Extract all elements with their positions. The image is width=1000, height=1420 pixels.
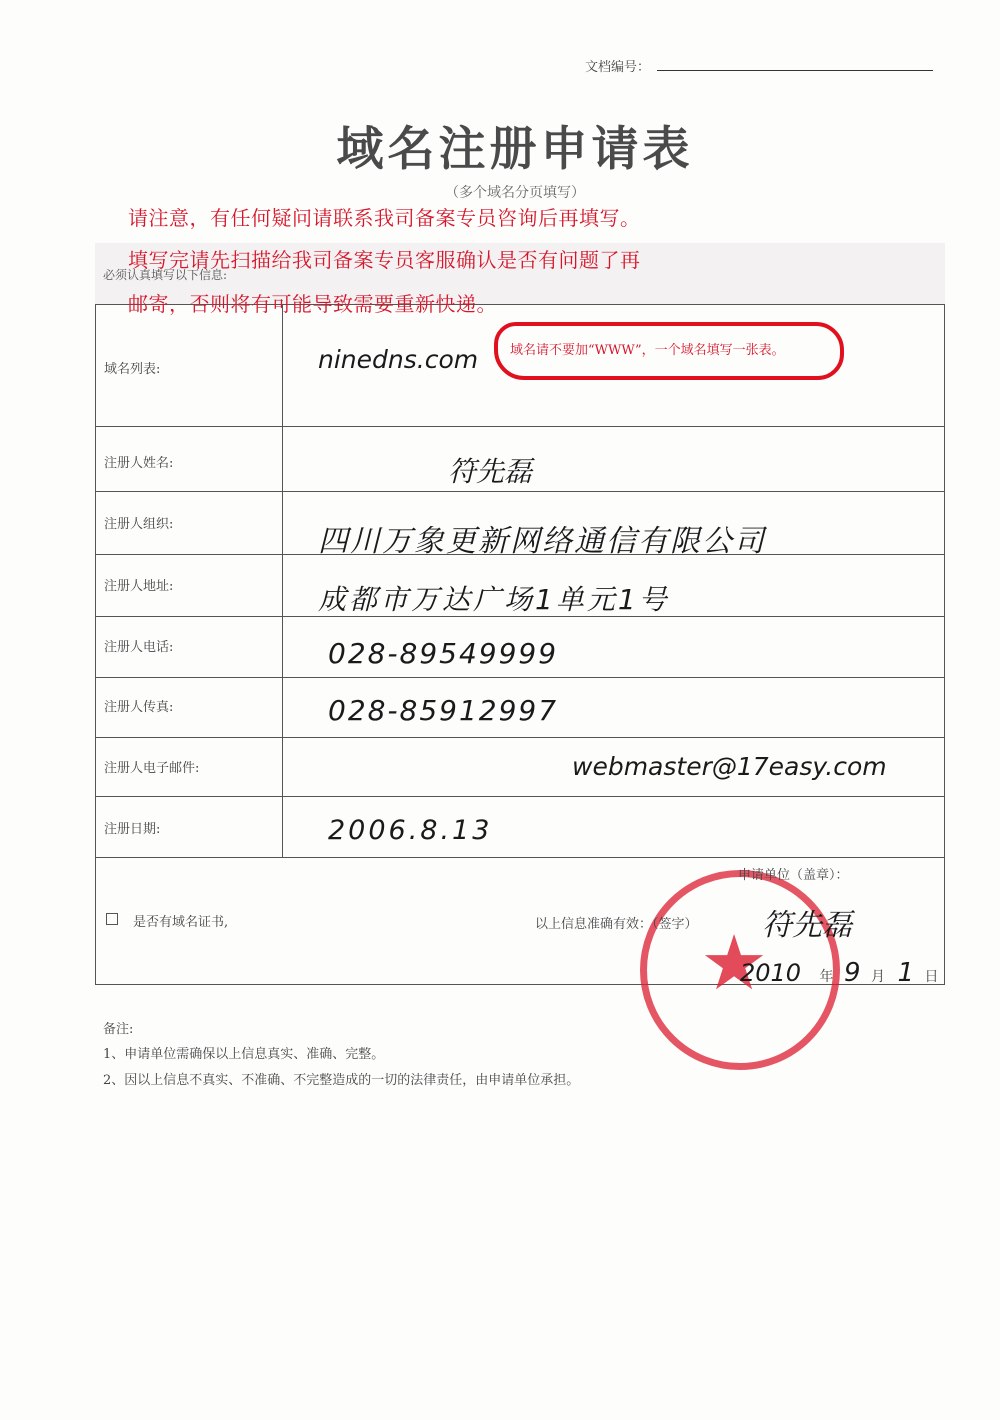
- value-domain-list[interactable]: ninedns.com: [318, 345, 478, 374]
- label-registrant-phone: 注册人电话:: [104, 636, 173, 655]
- note-item: 1、申请单位需确保以上信息真实、准确、完整。: [103, 1043, 384, 1062]
- stamp-label: 申请单位（盖章）：: [738, 864, 849, 883]
- label-registrant-address: 注册人地址:: [104, 575, 173, 594]
- day-unit: 日: [924, 969, 938, 985]
- certificate-checkbox[interactable]: [106, 913, 118, 925]
- value-registrant-name[interactable]: 符先磊: [448, 450, 532, 490]
- label-registrant-org: 注册人组织:: [104, 513, 173, 532]
- value-registrant-fax[interactable]: 028-85912997: [328, 694, 558, 727]
- page-subtitle: （多个域名分页填写）: [0, 182, 1000, 202]
- red-notice-line-3: 邮寄，否则将有可能导致需要重新快递。: [128, 288, 497, 317]
- signature-label: 以上信息准确有效：（签字）: [535, 913, 698, 932]
- signature[interactable]: 符先磊: [762, 900, 852, 944]
- value-registrant-org[interactable]: 四川万象更新网络通信有限公司: [318, 516, 766, 560]
- certificate-checkbox-label: 是否有域名证书,: [133, 911, 228, 930]
- sign-day[interactable]: 1: [897, 958, 914, 988]
- label-registrant-name: 注册人姓名:: [104, 452, 173, 471]
- doc-number-field[interactable]: [657, 70, 933, 71]
- sign-month[interactable]: 9: [844, 958, 861, 988]
- label-registration-date: 注册日期:: [104, 818, 160, 837]
- label-registrant-fax: 注册人传真:: [104, 696, 173, 715]
- annotation-bubble-text: 域名请不要加“WWW”，一个域名填写一张表。: [510, 339, 785, 358]
- value-registrant-phone[interactable]: 028-89549999: [328, 637, 558, 670]
- red-notice-line-1: 请注意，有任何疑问请联系我司备案专员咨询后再填写。: [128, 202, 641, 231]
- value-registrant-address[interactable]: 成都市万达广场1单元1号: [318, 578, 670, 618]
- sign-date: 2010 年 9 月 1 日: [740, 958, 938, 988]
- note-item: 2、因以上信息不真实、不准确、不完整造成的一切的法律责任，由申请单位承担。: [103, 1069, 579, 1088]
- red-notice-line-2: 填写完请先扫描给我司备案专员客服确认是否有问题了再: [128, 244, 641, 273]
- table-row: [95, 797, 945, 858]
- notes-title: 备注:: [103, 1018, 133, 1037]
- doc-number-label: 文档编号：: [585, 56, 650, 75]
- sign-year[interactable]: 2010: [740, 959, 801, 987]
- column-divider: [282, 305, 283, 858]
- year-unit: 年: [820, 969, 834, 985]
- label-registrant-email: 注册人电子邮件:: [104, 757, 199, 776]
- page-title: 域名注册申请表: [0, 112, 1000, 179]
- month-unit: 月: [871, 969, 885, 985]
- value-registrant-email[interactable]: webmaster@17easy.com: [572, 752, 887, 781]
- label-domain-list: 域名列表:: [104, 358, 160, 377]
- value-registration-date[interactable]: 2006.8.13: [328, 815, 492, 846]
